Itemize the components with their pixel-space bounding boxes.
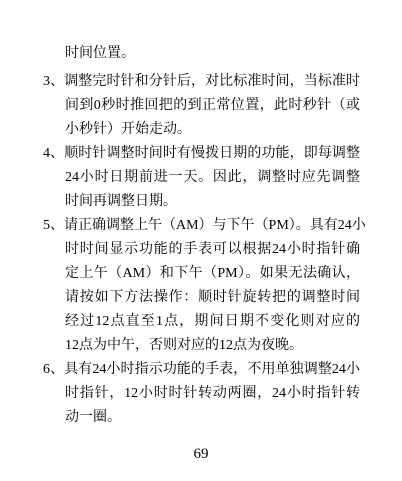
list-item-6: 6、具有24小时指示功能的手表，不用单独调整24小 时指针，12小时时针转动两圈… [43,358,360,430]
text-line: 5、请正确调整上午（AM）与下午（PM）。具有24小 [43,214,360,238]
page-content: 时间位置。 3、调整完时针和分针后，对比标准时间，当标准时 间到0秒时推回把的到… [43,42,360,430]
text-line: 时指针，12小时时针转动两圈，24小时指针转 [43,382,360,406]
text-line: 3、调整完时针和分针后，对比标准时间，当标准时 [43,70,360,94]
list-item-number: 4、 [43,146,64,161]
text-segment: 调整完时针和分针后，对比标准时间，当标准时 [64,74,360,89]
text-line: 时间再调整日期。 [43,190,360,214]
text-line: 24小时日期前进一天。因此，调整时应先调整 [43,166,360,190]
page-number: 69 [0,444,402,464]
text-line-continuation: 时间位置。 [43,42,360,66]
list-item-4: 4、顺时针调整时间时有慢拨日期的功能，即每调整 24小时日期前进一天。因此，调整… [43,142,360,214]
text-line: 动一圈。 [43,406,360,430]
text-line: 经过12点直至1点，期间日期不变化则对应的 [43,310,360,334]
text-line: 时时间显示功能的手表可以根据24小时指针确 [43,238,360,262]
list-item-5: 5、请正确调整上午（AM）与下午（PM）。具有24小 时时间显示功能的手表可以根… [43,214,360,358]
text-line: 小秒针）开始走动。 [43,118,360,142]
list-item-number: 5、 [43,218,64,233]
text-line: 定上午（AM）和下午（PM）。如果无法确认， [43,262,360,286]
text-line: 4、顺时针调整时间时有慢拨日期的功能，即每调整 [43,142,360,166]
text-line: 6、具有24小时指示功能的手表，不用单独调整24小 [43,358,360,382]
text-segment: 顺时针调整时间时有慢拨日期的功能，即每调整 [64,146,360,161]
text-segment: 具有24小时指示功能的手表，不用单独调整24小 [64,362,360,377]
document-page: 时间位置。 3、调整完时针和分针后，对比标准时间，当标准时 间到0秒时推回把的到… [0,0,402,481]
text-segment: 请正确调整上午（AM）与下午（PM）。具有24小 [64,218,366,233]
list-item-3: 3、调整完时针和分针后，对比标准时间，当标准时 间到0秒时推回把的到正常位置，此… [43,70,360,142]
list-item-number: 3、 [43,74,64,89]
text-line: 12点为中午，否则对应的12点为夜晚。 [43,334,360,358]
list-item-number: 6、 [43,362,64,377]
text-line: 请按如下方法操作：顺时针旋转把的调整时间 [43,286,360,310]
text-line: 间到0秒时推回把的到正常位置，此时秒针（或 [43,94,360,118]
